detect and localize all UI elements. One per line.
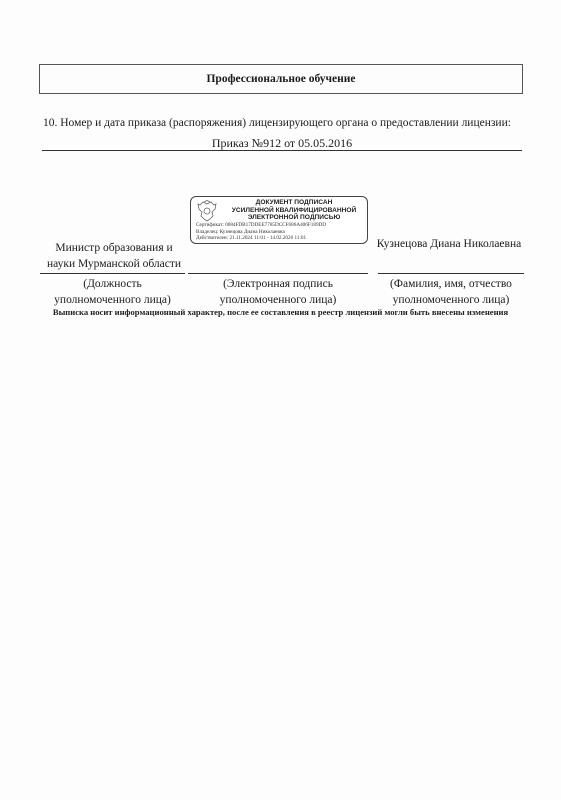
stamp-details: Сертификат: 0084FDB17DDEE7785DCCF686A406… <box>196 222 326 242</box>
signature-underline <box>188 273 368 274</box>
position-line: науки Мурманской области <box>40 256 188 272</box>
disclaimer-footnote: Выписка носит информационный характер, п… <box>20 307 541 317</box>
section-title: Профессиональное обучение <box>206 73 355 85</box>
order-underline <box>42 150 522 151</box>
stamp-title-line: ДОКУМЕНТ ПОДПИСАН <box>221 199 367 207</box>
position-caption: (Должность уполномоченного лица) <box>40 276 185 308</box>
order-value: Приказ №912 от 05.05.2016 <box>42 136 522 151</box>
name-underline <box>378 273 524 274</box>
position-underline <box>40 273 185 274</box>
stamp-certificate: Сертификат: 0084FDB17DDEE7785DCCF686A406… <box>196 222 326 229</box>
stamp-title-line: ЭЛЕКТРОННОЙ ПОДПИСЬЮ <box>221 214 367 222</box>
name-caption: (Фамилия, имя, отчество уполномоченного … <box>378 276 524 308</box>
stamp-validity: Действителен: 21.11.2024 11:01 - 14.02.2… <box>196 235 326 242</box>
order-label: 10. Номер и дата приказа (распоряжения) … <box>43 117 511 129</box>
caption-line: уполномоченного лица) <box>40 292 185 308</box>
signatory-position: Министр образования и науки Мурманской о… <box>40 240 188 272</box>
position-line: Министр образования и <box>40 240 188 256</box>
stamp-title: ДОКУМЕНТ ПОДПИСАН УСИЛЕННОЙ КВАЛИФИЦИРОВ… <box>221 199 367 222</box>
caption-line: (Должность <box>40 276 185 292</box>
section-title-box: Профессиональное обучение <box>39 64 523 94</box>
signatory-name: Кузнецова Диана Николаевна <box>375 236 523 252</box>
caption-line: уполномоченного лица) <box>378 292 524 308</box>
electronic-signature-stamp: ДОКУМЕНТ ПОДПИСАН УСИЛЕННОЙ КВАЛИФИЦИРОВ… <box>190 196 368 244</box>
caption-line: уполномоченного лица) <box>188 292 368 308</box>
coat-of-arms-icon <box>195 200 219 222</box>
caption-line: (Фамилия, имя, отчество <box>378 276 524 292</box>
caption-line: (Электронная подпись <box>188 276 368 292</box>
signature-caption: (Электронная подпись уполномоченного лиц… <box>188 276 368 308</box>
